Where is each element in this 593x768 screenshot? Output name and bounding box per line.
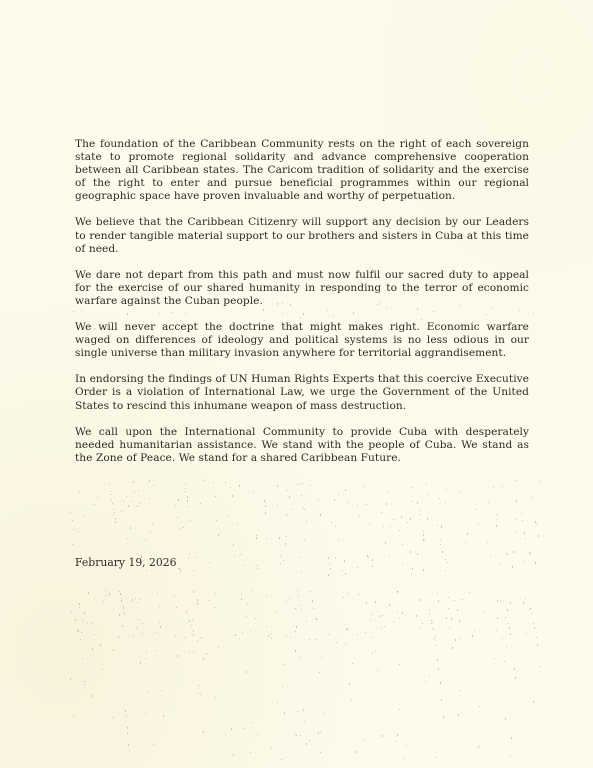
scan-speckle	[300, 484, 301, 485]
scan-speckle	[382, 735, 383, 737]
scan-speckle	[153, 744, 154, 745]
scan-speckle	[478, 746, 479, 748]
scan-speckle	[460, 638, 461, 639]
scan-speckle	[297, 590, 298, 591]
scan-speckle	[126, 496, 127, 497]
scan-speckle	[524, 532, 525, 534]
scan-speckle	[214, 607, 215, 608]
scan-speckle	[193, 634, 194, 636]
scan-speckle	[511, 737, 512, 739]
scan-speckle	[440, 544, 441, 545]
scan-speckle	[180, 572, 181, 573]
scan-speckle	[385, 542, 386, 544]
scan-speckle	[397, 611, 398, 612]
scan-speckle	[423, 539, 424, 541]
scan-speckle	[321, 657, 322, 658]
scan-speckle	[283, 560, 284, 561]
scan-speckle	[289, 496, 290, 498]
scan-speckle	[407, 522, 408, 523]
scan-speckle	[345, 644, 346, 645]
scan-speckle	[187, 496, 188, 498]
scan-speckle	[437, 659, 438, 661]
scanned-page: The foundation of the Caribbean Communit…	[0, 0, 593, 768]
scan-speckle	[539, 481, 540, 482]
scan-speckle	[97, 497, 98, 498]
scan-speckle	[265, 505, 266, 507]
scan-speckle	[328, 557, 329, 559]
scan-speckle	[502, 638, 503, 639]
scan-speckle	[266, 626, 267, 627]
scan-speckle	[115, 521, 116, 523]
scan-speckle	[500, 564, 501, 565]
scan-speckle	[359, 515, 360, 516]
scan-speckle	[71, 611, 72, 612]
scan-speckle	[215, 697, 216, 698]
scan-speckle	[390, 526, 391, 527]
scan-speckle	[367, 555, 368, 557]
scan-speckle	[472, 635, 473, 637]
scan-speckle	[123, 501, 124, 502]
scan-speckle	[198, 693, 199, 694]
scan-speckle	[282, 686, 283, 687]
scan-speckle	[140, 599, 141, 600]
scan-speckle	[399, 709, 400, 710]
scan-speckle	[372, 637, 373, 638]
scan-speckle	[174, 596, 175, 597]
scan-speckle	[379, 615, 380, 617]
scan-speckle	[363, 486, 364, 487]
scan-speckle	[78, 531, 79, 532]
scan-speckle	[338, 494, 339, 495]
scan-speckle	[313, 608, 314, 609]
scan-speckle	[284, 712, 285, 714]
scan-speckle	[280, 555, 281, 556]
scan-speckle	[538, 535, 539, 537]
scan-speckle	[410, 518, 411, 520]
scan-speckle	[393, 519, 394, 520]
scan-speckle	[235, 634, 236, 636]
scan-speckle	[188, 558, 189, 559]
scan-speckle	[435, 757, 436, 758]
scan-speckle	[175, 636, 176, 637]
scan-speckle	[218, 534, 219, 536]
scan-speckle	[73, 311, 74, 312]
scan-speckle	[109, 484, 110, 485]
scan-speckle	[277, 702, 278, 703]
scan-speckle	[295, 650, 296, 652]
scan-speckle	[121, 598, 122, 599]
scan-speckle	[264, 500, 265, 502]
scan-speckle	[431, 620, 432, 621]
scan-speckle	[126, 716, 127, 717]
scan-speckle	[216, 520, 217, 521]
scan-speckle	[287, 490, 288, 491]
scan-speckle	[197, 599, 198, 601]
scan-speckle	[268, 635, 269, 637]
scan-speckle	[88, 592, 89, 594]
scan-speckle	[303, 709, 304, 711]
scan-speckle	[304, 721, 305, 722]
scan-speckle	[247, 603, 248, 604]
scan-speckle	[127, 538, 128, 539]
scan-speckle	[239, 638, 240, 639]
scan-speckle	[533, 313, 534, 314]
scan-speckle	[494, 658, 495, 659]
scan-speckle	[425, 681, 426, 682]
scan-speckle	[319, 672, 320, 673]
scan-speckle	[516, 500, 517, 502]
scan-speckle	[266, 538, 267, 539]
scan-speckle	[381, 627, 382, 628]
scan-speckle	[469, 592, 470, 593]
scan-speckle	[424, 540, 425, 541]
scan-speckle	[271, 747, 272, 748]
scan-speckle	[522, 520, 523, 521]
scan-speckle	[187, 500, 188, 502]
scan-speckle	[295, 608, 296, 609]
scan-speckle	[395, 741, 396, 742]
scan-speckle	[277, 485, 278, 487]
scan-speckle	[476, 509, 477, 510]
scan-speckle	[320, 731, 321, 732]
scan-speckle	[252, 590, 253, 591]
scan-speckle	[352, 663, 353, 664]
scan-speckle	[110, 491, 111, 492]
scan-speckle	[401, 516, 402, 518]
scan-speckle	[316, 619, 317, 620]
scan-speckle	[193, 570, 194, 571]
scan-speckle	[458, 714, 459, 716]
scan-speckle	[119, 614, 120, 616]
scan-speckle	[533, 701, 534, 703]
scan-speckle	[537, 644, 538, 646]
scan-speckle	[417, 553, 418, 555]
scan-speckle	[145, 713, 146, 714]
scan-speckle	[140, 662, 141, 664]
scan-speckle	[129, 750, 130, 751]
scan-speckle	[316, 639, 317, 640]
scan-speckle	[507, 609, 508, 611]
scan-speckle	[79, 492, 80, 493]
scan-speckle	[512, 566, 513, 568]
scan-speckle	[435, 636, 436, 637]
scan-speckle	[186, 611, 187, 612]
scan-speckle	[510, 602, 511, 604]
scan-speckle	[388, 491, 389, 492]
scan-speckle	[410, 551, 411, 553]
scan-speckle	[111, 500, 112, 501]
scan-speckle	[70, 678, 71, 680]
scan-speckle	[426, 484, 427, 485]
scan-speckle	[284, 664, 285, 665]
scan-speckle	[393, 621, 394, 622]
paragraph-international-appeal: We call upon the International Community…	[75, 426, 529, 465]
scan-speckle	[301, 495, 302, 496]
scan-speckle	[92, 648, 93, 650]
scan-speckle	[437, 593, 438, 594]
scan-speckle	[233, 544, 234, 546]
paragraph-caribbean-community: The foundation of the Caribbean Communit…	[75, 138, 529, 203]
scan-speckle	[231, 728, 232, 730]
scan-speckle	[102, 669, 103, 670]
scan-speckle	[80, 639, 81, 640]
scan-speckle	[536, 637, 537, 638]
scan-speckle	[420, 599, 421, 601]
scan-speckle	[534, 627, 535, 629]
scan-speckle	[243, 565, 244, 566]
scan-speckle	[250, 630, 251, 631]
scan-speckle	[334, 499, 335, 501]
scan-speckle	[155, 650, 156, 651]
scan-speckle	[389, 604, 390, 606]
scan-speckle	[130, 527, 131, 529]
scan-speckle	[431, 623, 432, 624]
scan-speckle	[189, 553, 190, 554]
scan-speckle	[149, 480, 150, 482]
scan-speckle	[446, 617, 447, 619]
scan-speckle	[297, 484, 298, 485]
scan-speckle	[299, 557, 300, 558]
scan-speckle	[438, 668, 439, 670]
scan-speckle	[490, 555, 491, 556]
scan-speckle	[366, 504, 367, 505]
scan-speckle	[291, 509, 292, 510]
scan-speckle	[513, 551, 514, 553]
scan-speckle	[193, 651, 194, 652]
scan-speckle	[301, 609, 302, 610]
scan-speckle	[239, 485, 240, 487]
scan-speckle	[190, 520, 191, 521]
scan-speckle	[504, 661, 505, 662]
scan-speckle	[105, 590, 106, 591]
scan-speckle	[200, 694, 201, 695]
scan-speckle	[285, 543, 286, 545]
scan-speckle	[87, 622, 88, 623]
scan-speckle	[132, 599, 133, 601]
scan-speckle	[84, 681, 85, 682]
scan-speckle	[120, 593, 121, 595]
scan-speckle	[163, 715, 164, 717]
scan-speckle	[246, 671, 247, 673]
scan-speckle	[122, 625, 123, 627]
scan-speckle	[113, 514, 114, 515]
scan-speckle	[445, 559, 446, 560]
scan-speckle	[372, 559, 373, 561]
scan-speckle	[310, 591, 311, 592]
scan-speckle	[446, 489, 447, 490]
scan-speckle	[197, 603, 198, 605]
scan-speckle	[448, 608, 449, 609]
scan-speckle	[83, 620, 84, 621]
scan-speckle	[460, 690, 461, 691]
scan-speckle	[159, 622, 160, 623]
scan-speckle	[423, 534, 424, 536]
scan-speckle	[119, 591, 120, 592]
scan-speckle	[460, 492, 461, 493]
scan-speckle	[329, 563, 330, 564]
scan-speckle	[310, 485, 311, 486]
scan-speckle	[320, 752, 321, 753]
scan-speckle	[137, 505, 138, 507]
scan-speckle	[433, 629, 434, 630]
scan-speckle	[429, 614, 430, 615]
scan-speckle	[508, 554, 509, 555]
scan-speckle	[443, 716, 444, 718]
scan-speckle	[131, 501, 132, 502]
scan-speckle	[436, 645, 437, 646]
scan-speckle	[525, 538, 526, 539]
scan-speckle	[357, 505, 358, 506]
scan-speckle	[125, 710, 126, 712]
scan-speckle	[427, 518, 428, 520]
scan-speckle	[338, 539, 339, 540]
scan-speckle	[189, 652, 190, 653]
scan-speckle	[276, 612, 277, 613]
scan-speckle	[271, 638, 272, 639]
scan-speckle	[502, 486, 503, 487]
scan-speckle	[454, 600, 455, 601]
scan-speckle	[137, 602, 138, 603]
scan-speckle	[203, 731, 204, 733]
scan-speckle	[370, 620, 371, 621]
scan-speckle	[109, 593, 110, 595]
scan-speckle	[189, 620, 190, 622]
scan-speckle	[196, 557, 197, 558]
scan-speckle	[72, 544, 73, 545]
scan-speckle	[106, 595, 107, 596]
scan-speckle	[145, 540, 146, 541]
scan-speckle	[365, 632, 366, 633]
scan-speckle	[397, 591, 398, 592]
scan-speckle	[121, 600, 122, 602]
scan-speckle	[302, 483, 303, 484]
scan-speckle	[185, 488, 186, 489]
paragraph-sacred-duty: We dare not depart from this path and mu…	[75, 269, 529, 308]
scan-speckle	[455, 639, 456, 641]
scan-speckle	[346, 629, 347, 630]
scan-speckle	[514, 668, 515, 670]
scan-speckle	[145, 658, 146, 659]
scan-speckle	[177, 655, 178, 657]
scan-speckle	[193, 591, 194, 593]
scan-speckle	[250, 752, 251, 753]
scan-speckle	[487, 542, 488, 543]
scan-speckle	[508, 623, 509, 624]
scan-speckle	[286, 536, 287, 537]
scan-speckle	[113, 649, 114, 651]
scan-speckle	[429, 675, 430, 676]
scan-speckle	[161, 690, 162, 691]
scan-speckle	[155, 632, 156, 633]
scan-speckle	[281, 759, 282, 760]
scan-speckle	[270, 634, 271, 635]
scan-speckle	[342, 570, 343, 571]
scan-speckle	[75, 619, 76, 621]
scan-speckle	[516, 519, 517, 520]
scan-speckle	[402, 612, 403, 614]
scan-speckle	[483, 611, 484, 612]
scan-speckle	[255, 618, 256, 619]
scan-speckle	[515, 677, 516, 679]
scan-speckle	[347, 628, 348, 630]
scan-speckle	[123, 607, 124, 609]
scan-speckle	[343, 597, 344, 598]
scan-speckle	[79, 607, 80, 608]
scan-speckle	[277, 505, 278, 506]
scan-speckle	[298, 595, 299, 596]
scan-speckle	[474, 630, 475, 631]
scan-speckle	[375, 601, 376, 603]
scan-speckle	[440, 682, 441, 684]
scan-speckle	[203, 658, 204, 660]
scan-speckle	[402, 544, 403, 545]
scan-speckle	[320, 514, 321, 516]
scan-speckle	[73, 716, 74, 717]
scan-speckle	[505, 718, 506, 720]
scan-speckle	[304, 509, 305, 510]
scan-speckle	[419, 514, 420, 515]
scan-speckle	[188, 506, 189, 507]
scan-speckle	[295, 631, 296, 632]
scan-speckle	[256, 535, 257, 536]
scan-speckle	[128, 505, 129, 507]
scan-speckle	[496, 514, 497, 515]
scan-speckle	[142, 623, 143, 624]
scan-speckle	[146, 651, 147, 652]
scan-speckle	[244, 728, 245, 729]
scan-speckle	[115, 518, 116, 519]
scan-speckle	[493, 487, 494, 488]
scan-speckle	[532, 497, 533, 498]
scan-speckle	[506, 646, 507, 647]
scan-speckle	[440, 539, 441, 540]
scan-speckle	[438, 600, 439, 602]
scan-speckle	[127, 733, 128, 734]
scan-speckle	[510, 756, 511, 757]
scan-speckle	[303, 507, 304, 508]
scan-speckle	[309, 740, 310, 741]
scan-speckle	[328, 634, 329, 635]
scan-speckle	[290, 637, 291, 638]
scan-speckle	[345, 573, 346, 575]
scan-speckle	[530, 554, 531, 555]
scan-speckle	[389, 556, 390, 557]
document-date: February 19, 2026	[75, 556, 177, 569]
scan-speckle	[92, 695, 93, 697]
scan-speckle	[301, 571, 302, 572]
scan-speckle	[386, 503, 387, 505]
scan-speckle	[184, 637, 185, 638]
scan-speckle	[452, 647, 453, 649]
scan-speckle	[84, 612, 85, 614]
scan-speckle	[158, 633, 159, 634]
scan-speckle	[300, 657, 301, 658]
scan-speckle	[465, 542, 466, 543]
scan-speckle	[110, 494, 111, 495]
scan-speckle	[180, 569, 181, 571]
scan-speckle	[382, 615, 383, 616]
scan-speckle	[479, 745, 480, 746]
scan-speckle	[422, 623, 423, 624]
scan-speckle	[345, 489, 346, 491]
scan-speckle	[479, 706, 480, 707]
scan-speckle	[70, 512, 71, 513]
scan-speckle	[296, 735, 297, 736]
scan-speckle	[357, 634, 358, 635]
scan-speckle	[318, 500, 319, 501]
scan-speckle	[157, 593, 158, 594]
scan-speckle	[185, 483, 186, 484]
